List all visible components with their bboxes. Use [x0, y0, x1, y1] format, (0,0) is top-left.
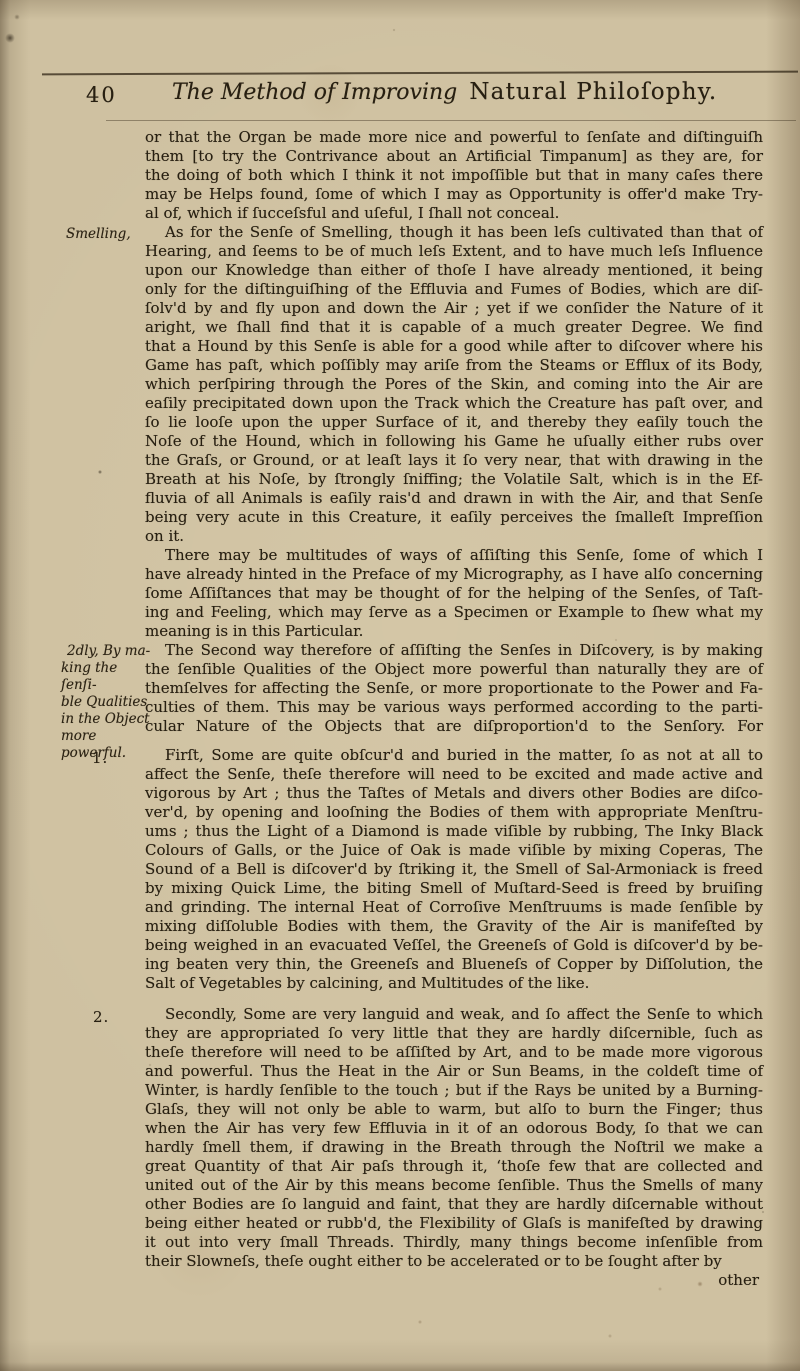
page-number: 40 — [86, 83, 117, 107]
paragraph-ways-of-assisting: There may be multitudes of ways of aſſiſ… — [145, 546, 763, 641]
header-rule-bottom — [106, 120, 796, 121]
margin-item-number-1: 1. — [92, 749, 108, 767]
margin-item-number-2: 2. — [93, 1008, 109, 1026]
paragraph-point-secondly: Secondly, Some are very languid and weak… — [145, 1005, 763, 1271]
paragraph-second-way: The Second way therefore of aſſiſting th… — [145, 641, 763, 736]
paragraph-sense-of-smelling: As for the Senſe of Smelling, though it … — [145, 223, 763, 546]
margin-note-secondly: 2dly, By ma-king the ſenſi-ble Qualities… — [61, 643, 153, 762]
text-column: or that the Organ be made more nice and … — [145, 128, 763, 1290]
paragraph-organ-continuation: or that the Organ be made more nice and … — [145, 128, 763, 223]
margin-note-smelling: Smelling, — [66, 226, 131, 242]
running-title: The Method of Improving Natural Philoſop… — [172, 79, 717, 105]
running-title-roman: Natural Philoſophy. — [469, 79, 717, 105]
header-rule-top — [42, 71, 798, 76]
paragraph-point-first: Firſt, Some are quite obſcur'd and burie… — [145, 746, 763, 993]
running-title-italic: The Method of Improving — [172, 80, 457, 105]
catchword: other — [145, 1271, 763, 1290]
book-page: 40 The Method of Improving Natural Philo… — [0, 0, 800, 1371]
